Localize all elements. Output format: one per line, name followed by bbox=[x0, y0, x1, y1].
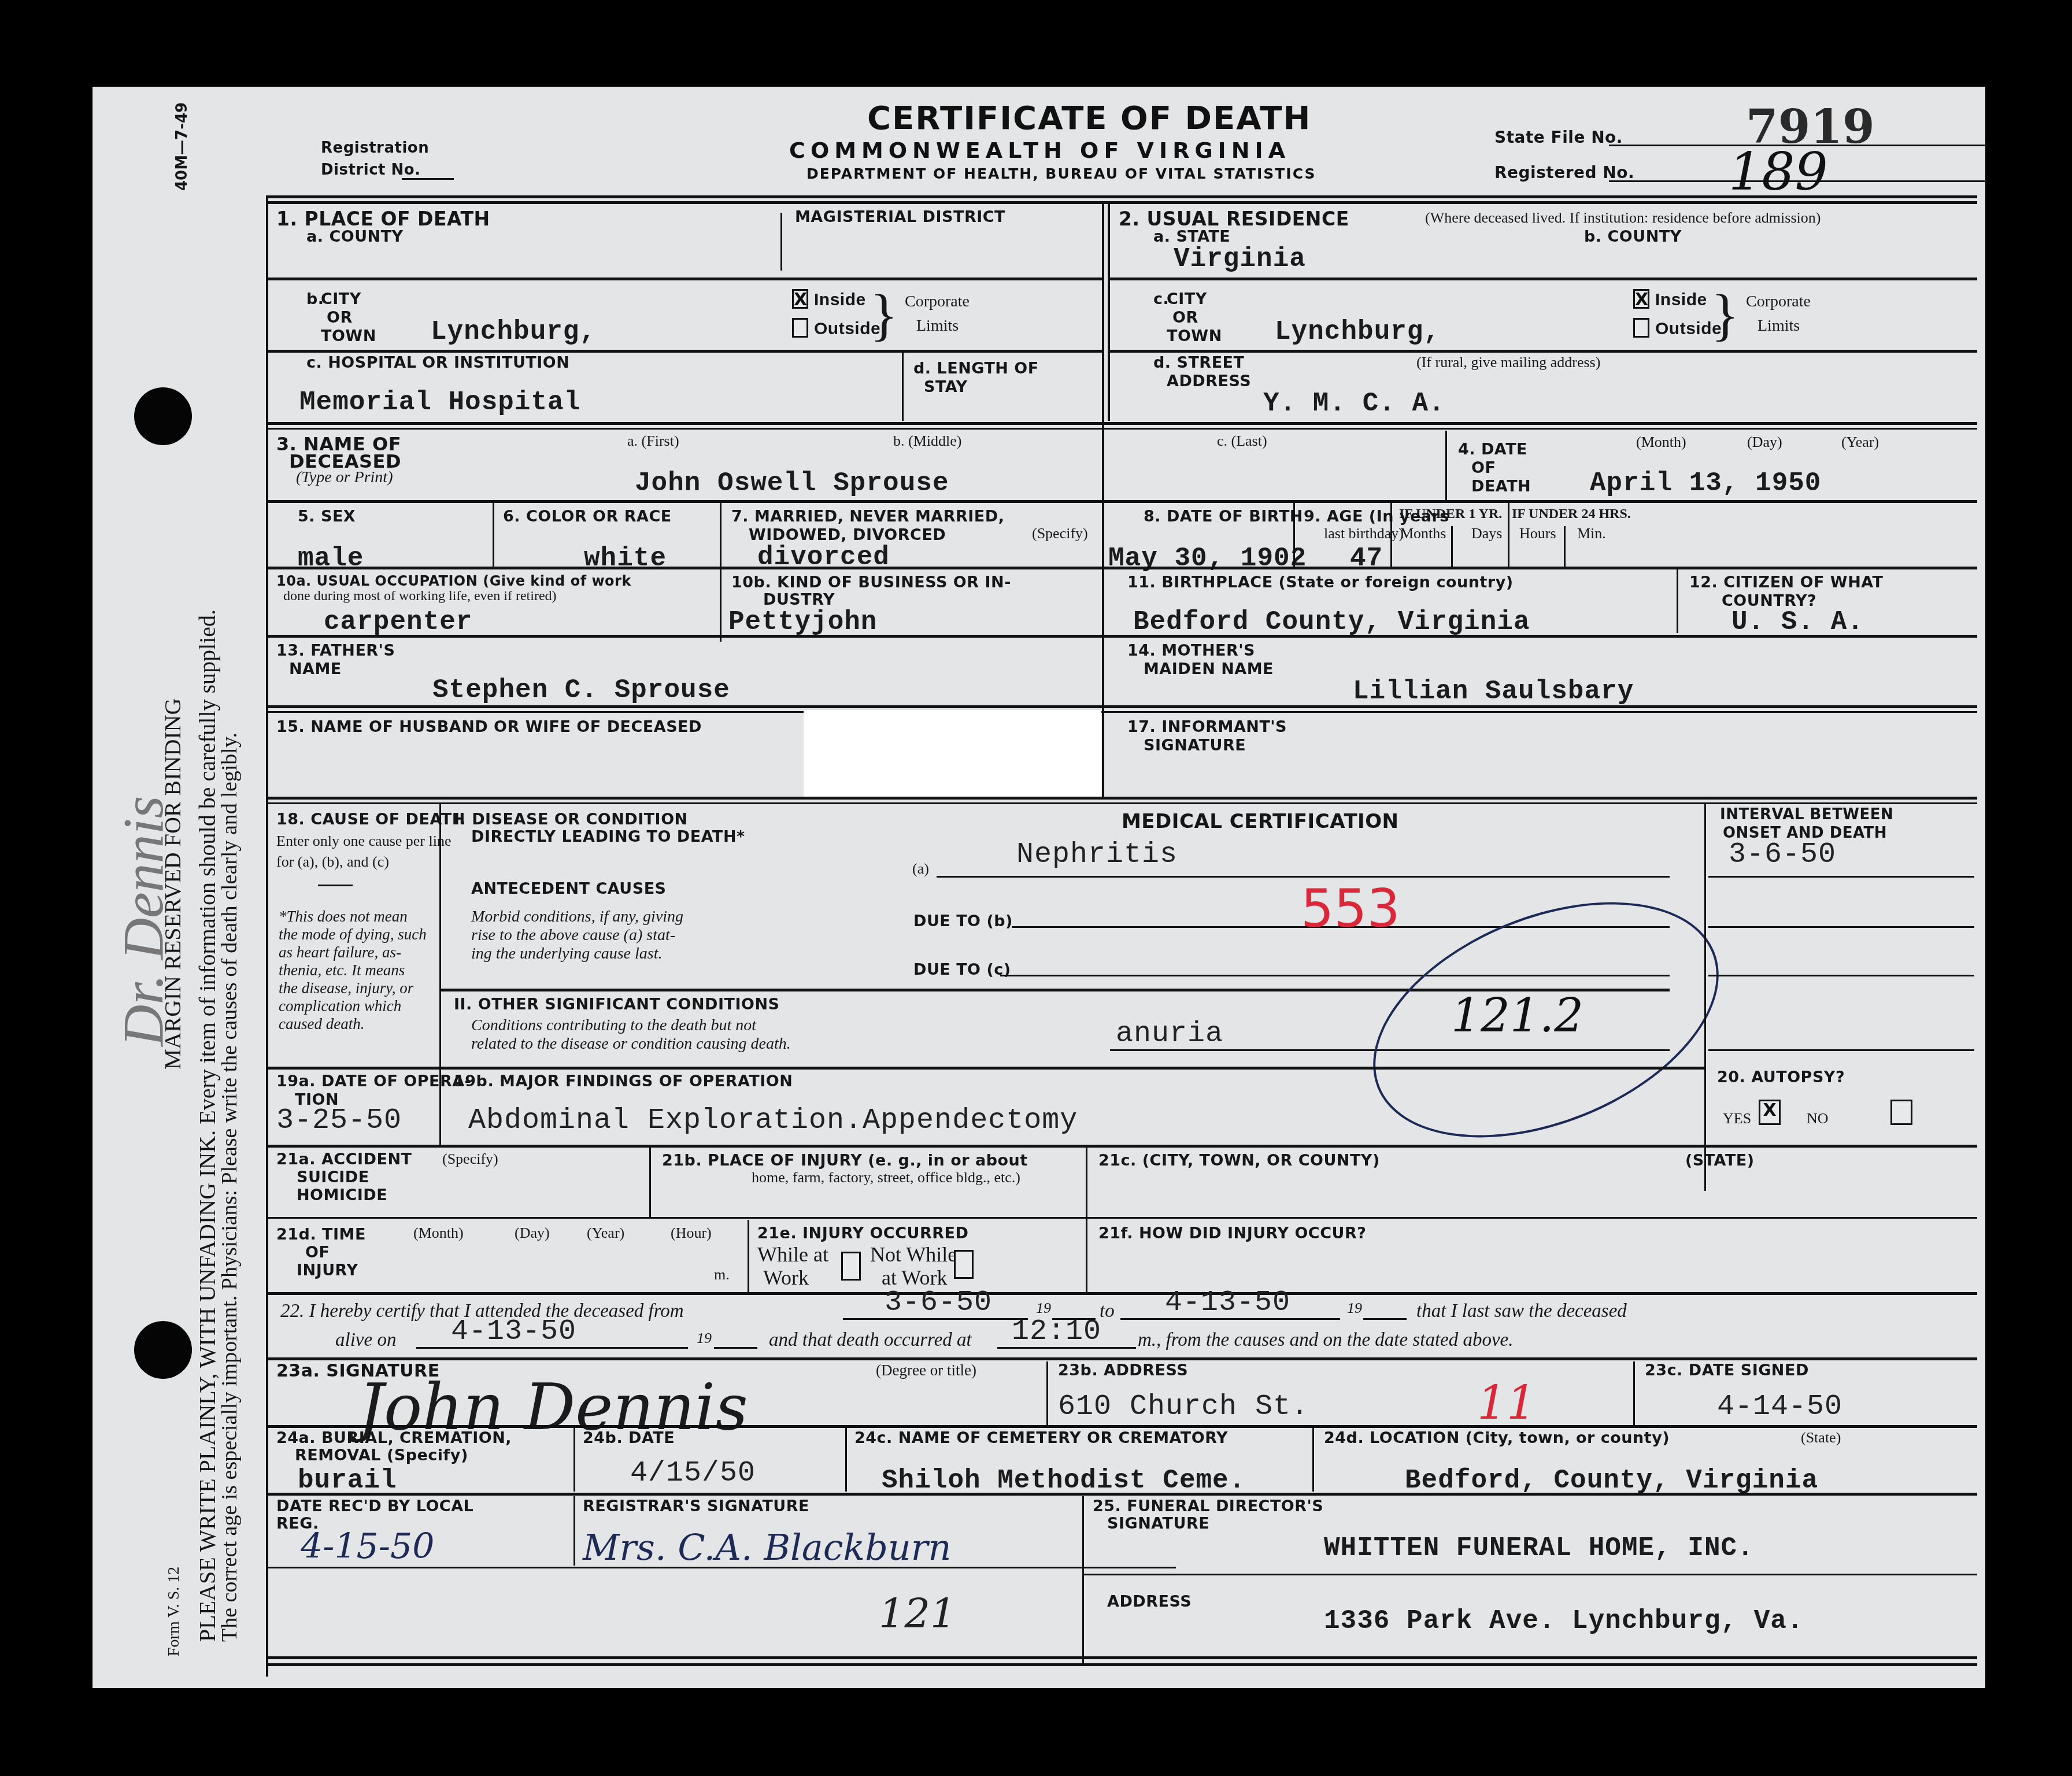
residence-inside-label: Inside bbox=[1655, 290, 1707, 310]
or-label: OR bbox=[327, 309, 353, 327]
residence-city-value: Lynchburg, bbox=[1275, 317, 1440, 347]
alive-date-value: 4-13-50 bbox=[451, 1315, 576, 1348]
department-title: DEPARTMENT OF HEALTH, BUREAU OF VITAL ST… bbox=[806, 165, 1316, 182]
other-note-2: related to the disease or condition caus… bbox=[471, 1035, 791, 1053]
accident-specify: (Specify) bbox=[442, 1150, 498, 1168]
injury-month-label: (Month) bbox=[413, 1224, 464, 1242]
residence-inside-checkbox[interactable]: X bbox=[1633, 289, 1649, 309]
interval-value: 3-6-50 bbox=[1729, 838, 1836, 871]
to-date-value: 4-13-50 bbox=[1165, 1286, 1290, 1319]
residence-state-label: a. STATE bbox=[1153, 228, 1230, 246]
cemetery-divider bbox=[845, 1428, 847, 1492]
cause-note-divider bbox=[318, 885, 353, 886]
race-label: 6. COLOR OR RACE bbox=[503, 508, 672, 526]
row-line-18 bbox=[268, 797, 1977, 800]
interval-line-1 bbox=[1708, 876, 1974, 878]
footnote-line: complication which bbox=[279, 997, 435, 1015]
registrar-line bbox=[268, 1567, 1176, 1568]
other-note-1: Conditions contributing to the death but… bbox=[471, 1016, 756, 1035]
father-value: Stephen C. Sprouse bbox=[432, 675, 730, 705]
row-line-10 bbox=[268, 567, 1977, 569]
month-label: (Month) bbox=[1636, 434, 1686, 451]
operation-date-label-1: 19a. DATE OF OPERA- bbox=[276, 1072, 471, 1090]
hospital-label: c. HOSPITAL OR INSTITUTION bbox=[306, 354, 569, 372]
county-label: a. COUNTY bbox=[306, 228, 404, 246]
mother-value: Lillian Saulsbary bbox=[1353, 676, 1634, 706]
place-brace: } bbox=[870, 286, 898, 344]
place-of-death-city: Lynchburg, bbox=[431, 317, 596, 347]
from-date-value: 3-6-50 bbox=[885, 1286, 992, 1319]
row-line-5 bbox=[268, 500, 1977, 503]
injury-city-divider bbox=[1086, 1148, 1087, 1292]
homicide-label: HOMICIDE bbox=[276, 1186, 412, 1204]
registered-number: 189 bbox=[1729, 142, 1828, 202]
row-line-1b bbox=[268, 277, 1102, 280]
morbid-note: Morbid conditions, if any, giving rise t… bbox=[471, 908, 683, 964]
morbid-note-line: Morbid conditions, if any, giving bbox=[471, 908, 683, 926]
residence-street-value: Y. M. C. A. bbox=[1263, 388, 1445, 419]
alive-on-label: alive on bbox=[335, 1330, 396, 1352]
hospital-value: Memorial Hospital bbox=[299, 387, 580, 417]
row-line-1c bbox=[268, 350, 1102, 353]
length-divider bbox=[902, 353, 904, 421]
row-line-15b bbox=[268, 711, 1977, 713]
race-divider bbox=[720, 503, 721, 642]
place-limits-label: Limits bbox=[916, 317, 959, 335]
interval-divider bbox=[1704, 804, 1706, 1191]
frame-bottom-2 bbox=[268, 1663, 1977, 1666]
last-name-label: c. (Last) bbox=[1217, 432, 1267, 450]
degree-label: (Degree or title) bbox=[876, 1361, 976, 1379]
injury-m-label: m. bbox=[714, 1266, 730, 1283]
usual-residence-note: (Where deceased lived. If institution: r… bbox=[1425, 209, 1821, 227]
occupation-label-2: done during most of working life, even i… bbox=[283, 589, 557, 605]
injury-state-label: (STATE) bbox=[1685, 1152, 1755, 1170]
birth-date-label: 8. DATE OF BIRTH bbox=[1144, 508, 1303, 526]
cause-of-death-label: 18. CAUSE OF DEATH bbox=[276, 811, 465, 828]
usual-residence-label: 2. USUAL RESIDENCE bbox=[1119, 208, 1349, 230]
redacted-spouse-area bbox=[804, 710, 1101, 798]
interval-line-3 bbox=[1708, 975, 1974, 976]
marital-specify: (Specify) bbox=[1032, 525, 1088, 542]
certify-line-1-suffix: that I last saw the deceased bbox=[1416, 1301, 1627, 1323]
margin-handwritten-note: Dr. Dennis bbox=[110, 796, 176, 1046]
row-line-21d bbox=[268, 1217, 1977, 1219]
findings-divider bbox=[439, 1070, 441, 1145]
autopsy-label: 20. AUTOPSY? bbox=[1717, 1068, 1845, 1086]
footnote-line: *This does not mean bbox=[279, 908, 435, 926]
residence-state-value: Virginia bbox=[1174, 244, 1306, 274]
row-line-3 bbox=[268, 422, 1977, 425]
medical-certification-title: MEDICAL CERTIFICATION bbox=[1122, 811, 1399, 833]
street-label-2: ADDRESS bbox=[1167, 372, 1251, 390]
age-divider bbox=[1293, 503, 1295, 567]
birthplace-value: Bedford County, Virginia bbox=[1133, 607, 1530, 637]
disease-label-2: DIRECTLY LEADING TO DEATH* bbox=[471, 828, 745, 846]
morbid-note-line: rise to the above cause (a) stat- bbox=[471, 926, 683, 945]
injury-year-label: (Year) bbox=[587, 1224, 624, 1242]
under24-divider bbox=[1508, 503, 1509, 567]
physician-address: 610 Church St. bbox=[1058, 1390, 1309, 1423]
punch-hole-top bbox=[134, 387, 192, 445]
nineteen-line-2 bbox=[1363, 1318, 1407, 1320]
due-to-b-label: DUE TO (b) bbox=[913, 912, 1013, 930]
under-24hrs-label: IF UNDER 24 HRS. bbox=[1512, 506, 1631, 523]
length-of-stay-label-2: STAY bbox=[924, 378, 968, 396]
findings-value: Abdominal Exploration.Appendectomy bbox=[468, 1104, 1078, 1137]
place-corporate-label: Corporate bbox=[905, 293, 970, 311]
row-line-25 bbox=[268, 1493, 1977, 1496]
months-divider bbox=[1451, 526, 1453, 567]
funeral-address-label: ADDRESS bbox=[1107, 1593, 1192, 1611]
residence-city-label: CITY bbox=[1167, 290, 1207, 308]
funeral-director-label-2: SIGNATURE bbox=[1107, 1515, 1209, 1533]
frame-middle-top-2 bbox=[1108, 201, 1110, 421]
father-label-2: NAME bbox=[289, 660, 342, 678]
accident-label: 21a. ACCIDENT bbox=[276, 1150, 412, 1168]
marital-label-2: WIDOWED, DIVORCED bbox=[749, 526, 946, 544]
frame-left bbox=[266, 195, 268, 1677]
cemetery-value: Shiloh Methodist Ceme. bbox=[882, 1466, 1245, 1496]
circled-code: 121.2 bbox=[1451, 989, 1583, 1042]
injury-city-label: 21c. (CITY, TOWN, OR COUNTY) bbox=[1098, 1152, 1380, 1170]
day-label: (Day) bbox=[1747, 434, 1782, 451]
under1-divider bbox=[1390, 503, 1392, 567]
row-line-15 bbox=[268, 705, 1977, 708]
hours-label: Hours bbox=[1519, 525, 1556, 542]
deceased-name: John Oswell Sprouse bbox=[635, 468, 949, 498]
interval-line-4 bbox=[1708, 1049, 1974, 1051]
location-state-label: (State) bbox=[1801, 1429, 1841, 1446]
row-line-2c bbox=[1110, 277, 1977, 280]
disposition-label-2: REMOVAL (Specify) bbox=[295, 1446, 468, 1464]
footnote-line: the disease, injury, or bbox=[279, 979, 435, 997]
citizen-divider bbox=[1677, 569, 1678, 633]
not-while-work-1: Not While bbox=[870, 1243, 957, 1267]
nineteen-label-3: 19 bbox=[697, 1330, 712, 1347]
margin-instructions-text-2: The correct age is especially important.… bbox=[217, 732, 242, 1642]
row-line-2d bbox=[1110, 350, 1977, 353]
frame-bottom-1 bbox=[268, 1656, 1977, 1659]
funeral-line bbox=[1082, 1574, 1977, 1575]
injury-day-label: (Day) bbox=[515, 1224, 550, 1242]
frame-top-2 bbox=[266, 201, 1977, 204]
registration-label: Registration bbox=[321, 140, 429, 157]
while-at-work-1: While at bbox=[757, 1243, 828, 1267]
residence-outside-checkbox[interactable] bbox=[1633, 318, 1649, 338]
date-of-death-label-3: DEATH bbox=[1471, 478, 1531, 495]
while-at-work-2: Work bbox=[763, 1266, 809, 1290]
interval-label-1: INTERVAL BETWEEN bbox=[1720, 806, 1893, 824]
commonwealth-title: COMMONWEALTH OF VIRGINIA bbox=[789, 138, 1290, 163]
interval-line-2 bbox=[1708, 926, 1974, 928]
while-at-work-checkbox[interactable] bbox=[841, 1252, 861, 1281]
address-divider bbox=[1046, 1361, 1048, 1425]
injury-label: INJURY bbox=[276, 1261, 366, 1279]
residence-town-label: TOWN bbox=[1167, 327, 1222, 345]
margin-form-code: 40M—7-49 bbox=[173, 102, 191, 191]
date-signed-value: 4-14-50 bbox=[1717, 1390, 1842, 1423]
street-label-1: d. STREET bbox=[1153, 354, 1244, 372]
under-1yr-label: IF UNDER 1 YR. bbox=[1399, 506, 1502, 523]
place-outside-checkbox[interactable] bbox=[792, 318, 808, 338]
certificate-paper: 40M—7-49 PLEASE WRITE PLAINLY, WITH UNFA… bbox=[92, 87, 1985, 1688]
footnote-block: *This does not mean the mode of dying, s… bbox=[279, 908, 435, 1033]
registrar-signature: Mrs. C.A. Blackburn bbox=[583, 1526, 951, 1568]
margin-form-number: Form V. S. 12 bbox=[165, 1567, 183, 1656]
district-label: District No. bbox=[321, 162, 421, 179]
of-label: OF bbox=[276, 1244, 366, 1261]
cemetery-label: 24c. NAME OF CEMETERY OR CREMATORY bbox=[854, 1429, 1228, 1447]
spouse-label: 15. NAME OF HUSBAND OR WIFE OF DECEASED bbox=[276, 718, 702, 736]
line-a bbox=[937, 876, 1670, 878]
certify-line-2-suffix: m., from the causes and on the date stat… bbox=[1138, 1330, 1514, 1352]
row-line-19 bbox=[268, 1067, 1704, 1070]
place-inside-label: Inside bbox=[814, 290, 866, 310]
place-injury-divider bbox=[649, 1148, 651, 1217]
date-of-death-label-2: OF bbox=[1471, 459, 1496, 477]
mother-label-2: MAIDEN NAME bbox=[1144, 660, 1274, 678]
certificate-title: CERTIFICATE OF DEATH bbox=[867, 99, 1311, 137]
row-line-24 bbox=[268, 1425, 1977, 1428]
citizen-value: U. S. A. bbox=[1731, 607, 1864, 637]
footnote-line: caused death. bbox=[279, 1015, 435, 1033]
how-injury-label: 21f. HOW DID INJURY OCCUR? bbox=[1098, 1224, 1366, 1242]
cause-a-value: Nephritis bbox=[1016, 838, 1178, 871]
occurred-divider bbox=[748, 1220, 749, 1292]
date-of-death-divider bbox=[1445, 431, 1447, 500]
autopsy-yes-label: YES bbox=[1723, 1110, 1751, 1127]
date-of-death-label-1: 4. DATE bbox=[1458, 441, 1527, 458]
residence-limits-label: Limits bbox=[1757, 317, 1800, 335]
magisterial-district-label: MAGISTERIAL DISTRICT bbox=[795, 208, 1005, 226]
burial-date-divider bbox=[573, 1428, 575, 1492]
district-no-line bbox=[402, 178, 454, 180]
not-while-work-checkbox[interactable] bbox=[954, 1250, 974, 1279]
cause-note-1: Enter only one cause per line bbox=[276, 832, 452, 850]
death-at-label: and that death occurred at bbox=[769, 1330, 972, 1352]
date-signed-label: 23c. DATE SIGNED bbox=[1645, 1361, 1809, 1379]
date-of-death-value: April 13, 1950 bbox=[1590, 468, 1821, 498]
birth-divider bbox=[1102, 503, 1104, 798]
funeral-director-value: WHITTEN FUNERAL HOME, INC. bbox=[1324, 1533, 1754, 1563]
location-divider bbox=[1312, 1428, 1314, 1492]
location-value: Bedford, County, Virginia bbox=[1405, 1466, 1818, 1496]
mother-label-1: 14. MOTHER'S bbox=[1127, 642, 1255, 660]
date-recd-label-1: DATE REC'D BY LOCAL bbox=[276, 1497, 473, 1515]
length-of-stay-label-1: d. LENGTH OF bbox=[913, 360, 1039, 378]
row-line-13 bbox=[268, 635, 1977, 638]
occupation-label-1: 10a. USUAL OCCUPATION (Give kind of work bbox=[276, 573, 631, 590]
middle-name-label: b. (Middle) bbox=[893, 432, 961, 450]
row-line-21 bbox=[268, 1145, 1977, 1148]
row-line-23 bbox=[268, 1357, 1977, 1360]
date-recd-value: 4-15-50 bbox=[301, 1526, 434, 1567]
state-file-label: State File No. bbox=[1494, 128, 1623, 147]
place-inside-checkbox[interactable]: X bbox=[792, 289, 808, 309]
margin-instructions-2: The correct age is especially important.… bbox=[217, 732, 242, 1642]
operation-date-value: 3-25-50 bbox=[276, 1104, 402, 1137]
findings-label: 19b. MAJOR FINDINGS OF OPERATION bbox=[454, 1072, 793, 1090]
first-name-label: a. (First) bbox=[627, 432, 679, 450]
antecedent-causes-label: ANTECEDENT CAUSES bbox=[471, 880, 667, 898]
registrar-divider bbox=[573, 1496, 575, 1566]
occupation-value: carpenter bbox=[324, 607, 472, 637]
address-label: 23b. ADDRESS bbox=[1058, 1361, 1188, 1379]
residence-corporate-label: Corporate bbox=[1746, 293, 1811, 311]
birthplace-label: 11. BIRTHPLACE (State or foreign country… bbox=[1127, 573, 1514, 591]
punch-hole-bottom bbox=[134, 1321, 192, 1379]
sex-divider bbox=[493, 503, 494, 567]
street-note: (If rural, give mailing address) bbox=[1416, 354, 1600, 371]
other-condition-value: anuria bbox=[1116, 1017, 1223, 1050]
name-label-3: (Type or Print) bbox=[296, 468, 393, 487]
row-line-3b bbox=[268, 428, 1977, 430]
town-label: TOWN bbox=[321, 327, 376, 345]
residence-county-label: b. COUNTY bbox=[1584, 228, 1682, 246]
stamp-number: 121 bbox=[879, 1590, 956, 1637]
row-line-22 bbox=[268, 1292, 1977, 1295]
red-code-553: 553 bbox=[1301, 879, 1400, 939]
cause-note-2: for (a), (b), and (c) bbox=[276, 853, 389, 871]
morbid-note-line: ing the underlying cause last. bbox=[471, 945, 683, 963]
registrar-signature-label: REGISTRAR'S SIGNATURE bbox=[583, 1497, 809, 1515]
death-time-value: 12:10 bbox=[1012, 1315, 1101, 1348]
business-label-1: 10b. KIND OF BUSINESS OR IN- bbox=[731, 573, 1011, 591]
footnote-line: the mode of dying, such bbox=[279, 926, 435, 943]
hours-divider bbox=[1564, 526, 1566, 567]
location-label: 24d. LOCATION (City, town, or county) bbox=[1324, 1429, 1670, 1447]
residence-brace: } bbox=[1711, 286, 1739, 344]
autopsy-no-checkbox[interactable] bbox=[1890, 1100, 1912, 1125]
line-a-label: (a) bbox=[912, 860, 929, 878]
funeral-address-value: 1336 Park Ave. Lynchburg, Va. bbox=[1324, 1606, 1804, 1636]
due-to-c-label: DUE TO (c) bbox=[913, 961, 1011, 979]
father-label-1: 13. FATHER'S bbox=[276, 642, 395, 660]
days-label: Days bbox=[1471, 525, 1502, 542]
year-label: (Year) bbox=[1841, 434, 1879, 451]
footnote-line: thenia, etc. It means bbox=[279, 961, 435, 979]
marital-label-1: 7. MARRIED, NEVER MARRIED, bbox=[731, 508, 1004, 526]
disposition-value: burail bbox=[298, 1466, 397, 1496]
city-label: CITY bbox=[321, 290, 361, 308]
business-label-2: DUSTRY bbox=[763, 591, 835, 609]
to-label: to bbox=[1100, 1301, 1115, 1323]
registered-label: Registered No. bbox=[1494, 164, 1634, 182]
accident-label-block: 21a. ACCIDENT SUICIDE HOMICIDE bbox=[276, 1150, 412, 1204]
citizen-label-1: 12. CITIZEN OF WHAT bbox=[1689, 573, 1883, 591]
date-signed-divider bbox=[1633, 1361, 1635, 1425]
place-of-death-label: 1. PLACE OF DEATH bbox=[276, 208, 490, 230]
time-of-injury-label-block: 21d. TIME OF INJURY bbox=[276, 1226, 366, 1279]
injury-hour-label: (Hour) bbox=[671, 1224, 712, 1242]
funeral-director-label-1: 25. FUNERAL DIRECTOR'S bbox=[1093, 1497, 1323, 1515]
burial-date-value: 4/15/50 bbox=[630, 1457, 756, 1490]
place-injury-label-2: home, farm, factory, street, office bldg… bbox=[752, 1169, 1020, 1186]
disease-label-1: I. DISEASE OR CONDITION bbox=[454, 811, 688, 828]
business-value: Pettyjohn bbox=[728, 607, 877, 637]
nineteen-label-1: 19 bbox=[1036, 1300, 1051, 1317]
suicide-label: SUICIDE bbox=[276, 1168, 412, 1186]
min-label: Min. bbox=[1577, 525, 1606, 542]
autopsy-no-label: NO bbox=[1807, 1110, 1829, 1127]
sex-label: 5. SEX bbox=[298, 508, 356, 526]
place-injury-label-1: 21b. PLACE OF INJURY (e. g., in or about bbox=[662, 1152, 1028, 1170]
other-conditions-label: II. OTHER SIGNIFICANT CONDITIONS bbox=[454, 996, 780, 1013]
funeral-divider bbox=[1082, 1496, 1084, 1664]
autopsy-yes-checkbox[interactable]: X bbox=[1759, 1100, 1781, 1125]
magisterial-divider bbox=[780, 213, 782, 271]
injury-occurred-label: 21e. INJURY OCCURRED bbox=[757, 1224, 968, 1242]
row-line-18b bbox=[268, 802, 1977, 804]
nineteen-label-2: 19 bbox=[1347, 1300, 1362, 1317]
frame-top-1 bbox=[266, 195, 1977, 198]
disposition-label-1: 24a. BURIAL, CREMATION, bbox=[276, 1429, 512, 1447]
time-label: 21d. TIME bbox=[276, 1226, 366, 1244]
informant-label-1: 17. INFORMANT'S bbox=[1127, 718, 1287, 736]
footnote-line: as heart failure, as- bbox=[279, 943, 435, 961]
nineteen-line-3 bbox=[714, 1347, 757, 1349]
red-tally-mark: 11 bbox=[1477, 1376, 1536, 1430]
residence-or-label: OR bbox=[1172, 309, 1198, 327]
informant-label-2: SIGNATURE bbox=[1144, 737, 1246, 754]
months-label: Months bbox=[1400, 525, 1446, 542]
burial-date-label: 24b. DATE bbox=[583, 1429, 675, 1447]
